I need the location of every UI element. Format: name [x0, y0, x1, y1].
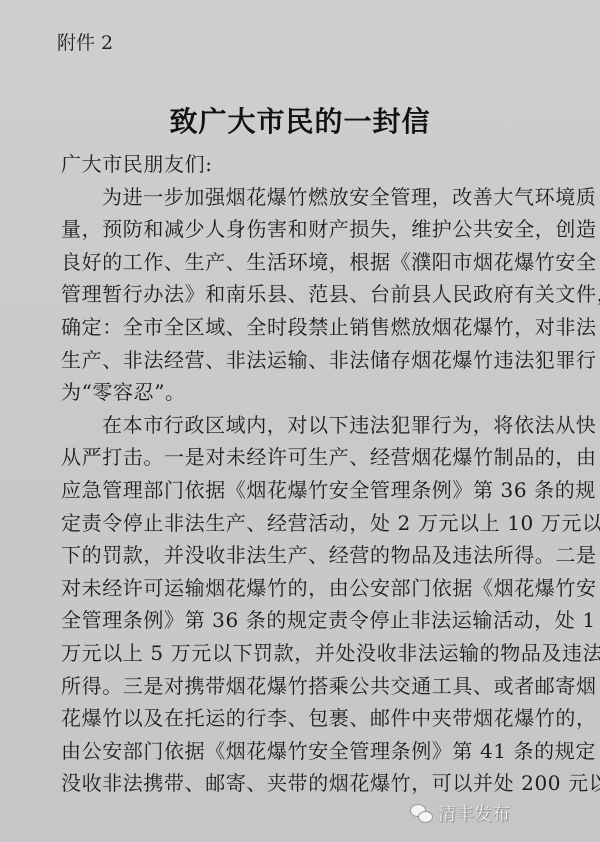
text-line: 在本市行政区域内，对以下违法犯罪行为，将依法从快: [61, 409, 551, 442]
text-line: 由公安部门依据《烟花爆竹安全管理条例》第 41 条的规定: [61, 735, 551, 768]
attachment-label: 附件 2: [57, 28, 113, 55]
letter-lines: 为进一步加强烟花爆竹燃放安全管理，改善大气环境质量，预防和减少人身伤害和财产损失…: [61, 181, 551, 800]
text-line: 万元以上 5 万元以下罚款，并处没收非法运输的物品及违法: [61, 637, 551, 670]
watermark-text: 清丰发布: [438, 800, 510, 826]
text-line: 花爆竹以及在托运的行李、包裹、邮件中夹带烟花爆竹的，: [61, 702, 551, 735]
text-line: 定责令停止非法生产、经营活动，处 2 万元以上 10 万元以: [61, 507, 551, 540]
text-line: 为“零容忍”。: [61, 376, 551, 409]
text-line: 管理暂行办法》和南乐县、范县、台前县人民政府有关文件，: [61, 278, 551, 311]
salutation: 广大市民朋友们:: [61, 148, 551, 181]
text-line: 生产、非法经营、非法运输、非法储存烟花爆竹违法犯罪行: [61, 344, 551, 377]
text-line: 全管理条例》第 36 条的规定责令停止非法运输活动，处 1: [61, 604, 551, 637]
text-line: 从严打击。一是对未经许可生产、经营烟花爆竹制品的，由: [61, 441, 551, 474]
text-line: 没收非法携带、邮寄、夹带的烟花爆竹，可以并处 200 元以: [61, 767, 551, 800]
watermark: 清丰发布: [410, 800, 510, 826]
text-line: 确定：全市全区域、全时段禁止销售燃放烟花爆竹，对非法: [61, 311, 551, 344]
letter-body: 广大市民朋友们: 为进一步加强烟花爆竹燃放安全管理，改善大气环境质量，预防和减少…: [61, 148, 551, 800]
text-line: 良好的工作、生产、生活环境，根据《濮阳市烟花爆竹安全: [61, 246, 551, 279]
page-title: 致广大市民的一封信: [0, 100, 600, 140]
wechat-icon: [410, 804, 432, 822]
text-line: 量，预防和减少人身伤害和财产损失，维护公共安全，创造: [61, 213, 551, 246]
text-line: 所得。三是对携带烟花爆竹搭乘公共交通工具、或者邮寄烟: [61, 670, 551, 703]
text-line: 应急管理部门依据《烟花爆竹安全管理条例》第 36 条的规: [61, 474, 551, 507]
document-page: 附件 2 致广大市民的一封信 广大市民朋友们: 为进一步加强烟花爆竹燃放安全管理…: [0, 0, 600, 842]
text-line: 对未经许可运输烟花爆竹的，由公安部门依据《烟花爆竹安: [61, 572, 551, 605]
text-line: 下的罚款，并没收非法生产、经营的物品及违法所得。二是: [61, 539, 551, 572]
text-line: 为进一步加强烟花爆竹燃放安全管理，改善大气环境质: [61, 181, 551, 214]
